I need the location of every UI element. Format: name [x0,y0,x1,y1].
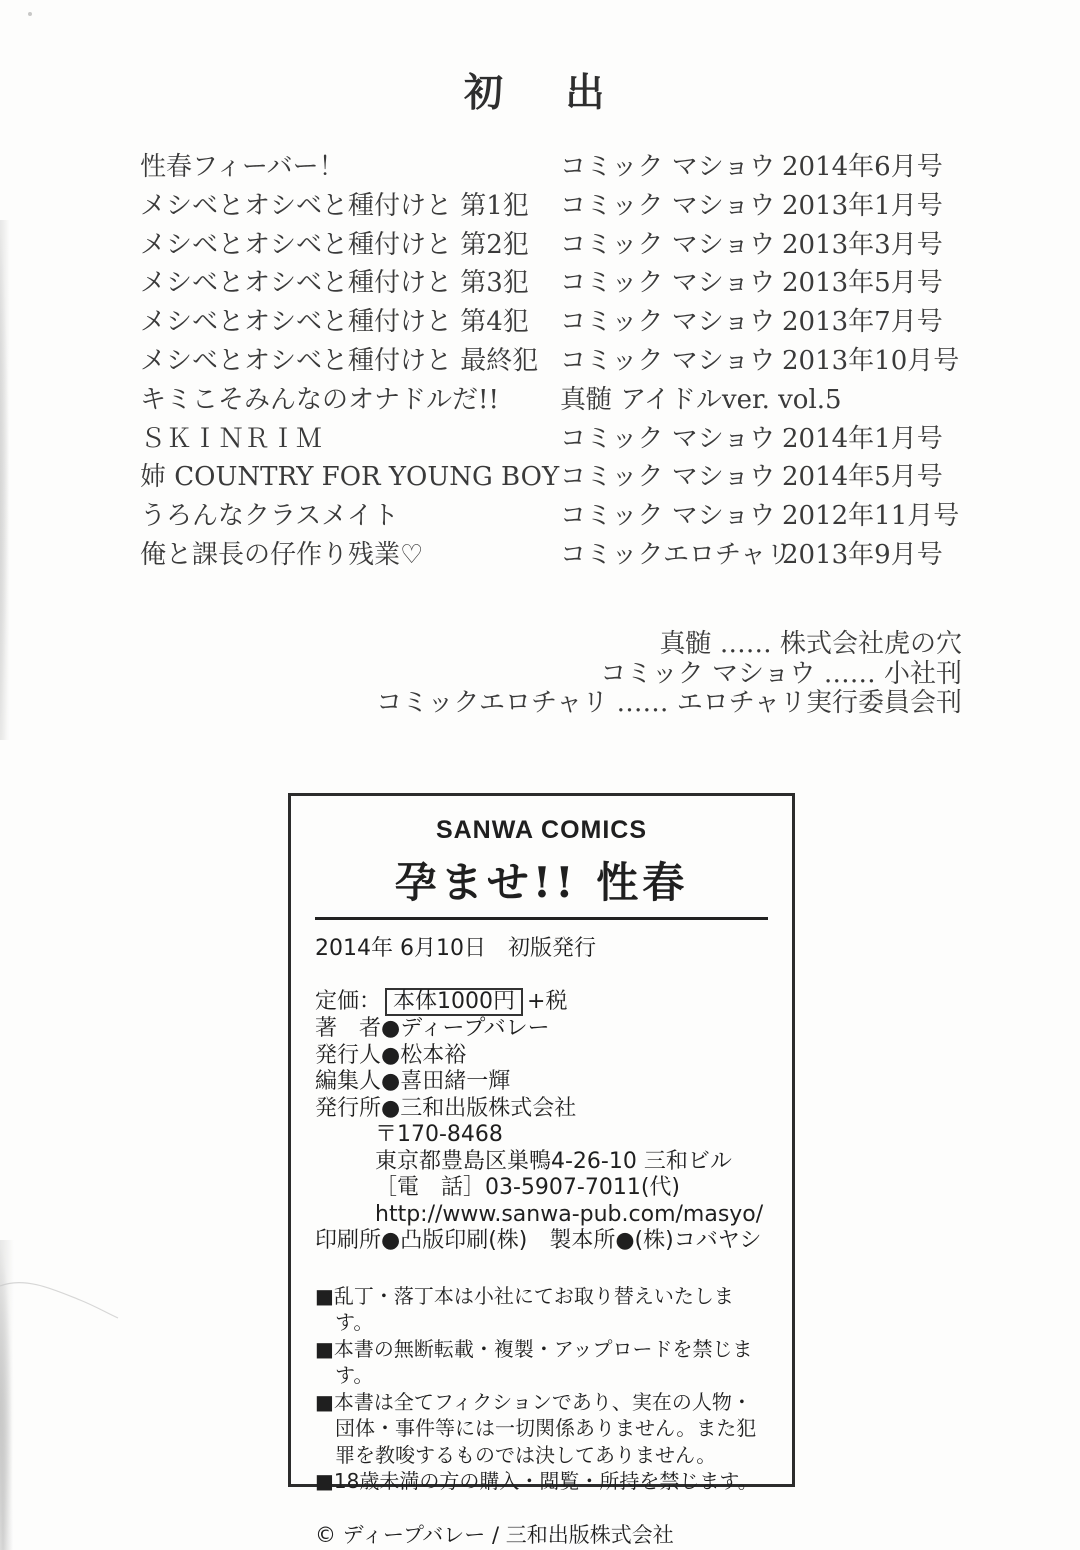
credit-label: 発行人 [315,1043,381,1068]
work-row: キミこそみんなのオナドルだ!! 真髄 アイドルver. vol.5 [140,381,980,420]
work-title: キミこそみんなのオナドルだ!! [140,381,499,420]
attribution-line: 真髄 …… 株式会社虎の穴 [376,630,962,660]
credit-row: 編集人●喜田緒一輝 [315,1069,768,1096]
legal-notices: ■乱丁・落丁本は小社にてお取り替えいたします。 ■本書の無断転載・複製・アップロ… [315,1283,768,1495]
book-title: 孕ませ!! 性春 [315,850,768,910]
colophon-page: { "page": { "heading": "初 出", "works": [… [0,0,1080,1550]
work-title: 姉 COUNTRY FOR YOUNG BOY [140,458,559,497]
publication-details: 定価：本体1000円+税 著 者●ディープバレー 発行人●松本裕 編集人●喜田緒… [315,988,768,1255]
credit-bullet: ● [381,1043,400,1068]
price-label: 定価： [315,989,381,1014]
credit-label: 編集人 [315,1069,381,1094]
credit-value: 三和出版株式会社 [400,1096,576,1121]
work-row: 俺と課長の仔作り残業♡ コミックエロチャリ 2013年9月号 [140,536,980,575]
credits-list: 著 者●ディープバレー 発行人●松本裕 編集人●喜田緒一輝 発行所●三和出版株式… [315,1016,768,1122]
work-source-magazine: コミック マショウ [560,187,775,226]
work-row: うろんなクラスメイト コミック マショウ 2012年11月号 [140,497,980,536]
work-issue-date: 2013年7月号 [782,303,943,342]
price-boxed-value: 本体1000円 [385,988,523,1016]
address-line: http://www.sanwa-pub.com/masyo/ [375,1202,768,1229]
edition-line: 2014年 6月10日 初版発行 [315,931,768,962]
work-issue-date: 2013年1月号 [782,187,943,226]
work-row: メシベとオシベと種付けと 第2犯 コミック マショウ 2013年3月号 [140,226,980,265]
work-title: メシベとオシベと種付けと 第3犯 [140,264,529,303]
price-tax-suffix: +税 [527,989,567,1014]
work-source-magazine: コミック マショウ [560,226,775,265]
scan-edge-smudge [0,220,10,740]
price-line: 定価：本体1000円+税 [315,988,768,1016]
work-row: メシベとオシベと種付けと 第3犯 コミック マショウ 2013年5月号 [140,264,980,303]
address-line: ［電 話］03-5907-7011(代) [375,1175,768,1202]
work-title: メシベとオシベと種付けと 第4犯 [140,303,529,342]
work-source-magazine: コミック マショウ [560,342,775,381]
work-source-magazine: コミック マショウ [560,148,775,187]
credit-row: 発行所●三和出版株式会社 [315,1096,768,1123]
legal-notice: ■本書は全てフィクションであり、実在の人物・団体・事件等には一切関係ありません。… [315,1389,768,1469]
scan-edge-smudge [0,1240,14,1550]
work-issue-date: 2012年11月号 [782,497,959,536]
work-issue-date: 2013年9月号 [782,536,943,575]
work-issue-date: 2014年6月号 [782,148,943,187]
first-publication-list: 性春フィーバー！ コミック マショウ 2014年6月号 メシベとオシベと種付けと… [140,148,980,575]
printer-binder-line: 印刷所●凸版印刷(株) 製本所●(株)コバヤシ [315,1228,768,1255]
work-issue-date: 2014年1月号 [782,420,943,459]
work-issue-date: 2013年10月号 [782,342,959,381]
work-source-magazine: 真髄 アイドルver. vol.5 [560,381,842,420]
credit-value: 松本裕 [400,1043,466,1068]
work-row: メシベとオシベと種付けと 第1犯 コミック マショウ 2013年1月号 [140,187,980,226]
title-underline [315,917,768,920]
attribution-line: コミック マショウ …… 小社刊 [376,660,962,690]
work-source-magazine: コミック マショウ [560,458,775,497]
credit-label: 著 者 [315,1016,381,1041]
work-title: ＳＫＩＮＲＩＭ [140,420,322,459]
work-title: 性春フィーバー！ [140,148,345,187]
work-issue-date: 2013年3月号 [782,226,943,265]
work-issue-date: 2014年5月号 [782,458,943,497]
legal-notice: ■乱丁・落丁本は小社にてお取り替えいたします。 [315,1283,768,1336]
publisher-address: 〒170-8468 東京都豊島区巣鴨4-26-10 三和ビル ［電 話］03-5… [315,1122,768,1228]
work-source-magazine: コミックエロチャリ [560,536,792,575]
page-title: 初 出 [0,62,1080,118]
credit-row: 発行人●松本裕 [315,1043,768,1070]
scan-speck [28,12,32,16]
work-title: うろんなクラスメイト [140,497,399,536]
credit-label: 発行所 [315,1096,381,1121]
credit-bullet: ● [381,1016,400,1041]
work-row: 性春フィーバー！ コミック マショウ 2014年6月号 [140,148,980,187]
credit-bullet: ● [381,1096,400,1121]
publisher-attributions: 真髄 …… 株式会社虎の穴 コミック マショウ …… 小社刊 コミックエロチャリ… [376,630,962,719]
work-row: ＳＫＩＮＲＩＭ コミック マショウ 2014年1月号 [140,420,980,459]
scan-crack-line [0,1268,130,1328]
work-source-magazine: コミック マショウ [560,303,775,342]
work-source-magazine: コミック マショウ [560,264,775,303]
work-source-magazine: コミック マショウ [560,497,775,536]
credit-value: ディープバレー [400,1016,549,1041]
legal-notice: ■18歳未満の方の購入・閲覧・所持を禁じます。 [315,1468,768,1495]
colophon-box: SANWA COMICS 孕ませ!! 性春 2014年 6月10日 初版発行 定… [288,793,795,1487]
attribution-line: コミックエロチャリ …… エロチャリ実行委員会刊 [376,689,962,719]
work-row: メシベとオシベと種付けと 第4犯 コミック マショウ 2013年7月号 [140,303,980,342]
work-title: メシベとオシベと種付けと 第1犯 [140,187,529,226]
legal-notice: ■本書の無断転載・複製・アップロードを禁じます。 [315,1336,768,1389]
work-title: 俺と課長の仔作り残業♡ [140,536,423,575]
work-issue-date: 2013年5月号 [782,264,943,303]
address-line: 〒170-8468 [375,1122,768,1149]
work-title: メシベとオシベと種付けと 第2犯 [140,226,529,265]
copyright-line: © ディープバレー / 三和出版株式会社 [315,1519,768,1549]
work-title: メシベとオシベと種付けと 最終犯 [140,342,538,381]
work-source-magazine: コミック マショウ [560,420,775,459]
imprint-label: SANWA COMICS [315,816,768,845]
address-line: 東京都豊島区巣鴨4-26-10 三和ビル [375,1149,768,1176]
credit-bullet: ● [381,1069,400,1094]
work-row: メシベとオシベと種付けと 最終犯 コミック マショウ 2013年10月号 [140,342,980,381]
credit-row: 著 者●ディープバレー [315,1016,768,1043]
work-row: 姉 COUNTRY FOR YOUNG BOY コミック マショウ 2014年5… [140,458,980,497]
credit-value: 喜田緒一輝 [400,1069,510,1094]
